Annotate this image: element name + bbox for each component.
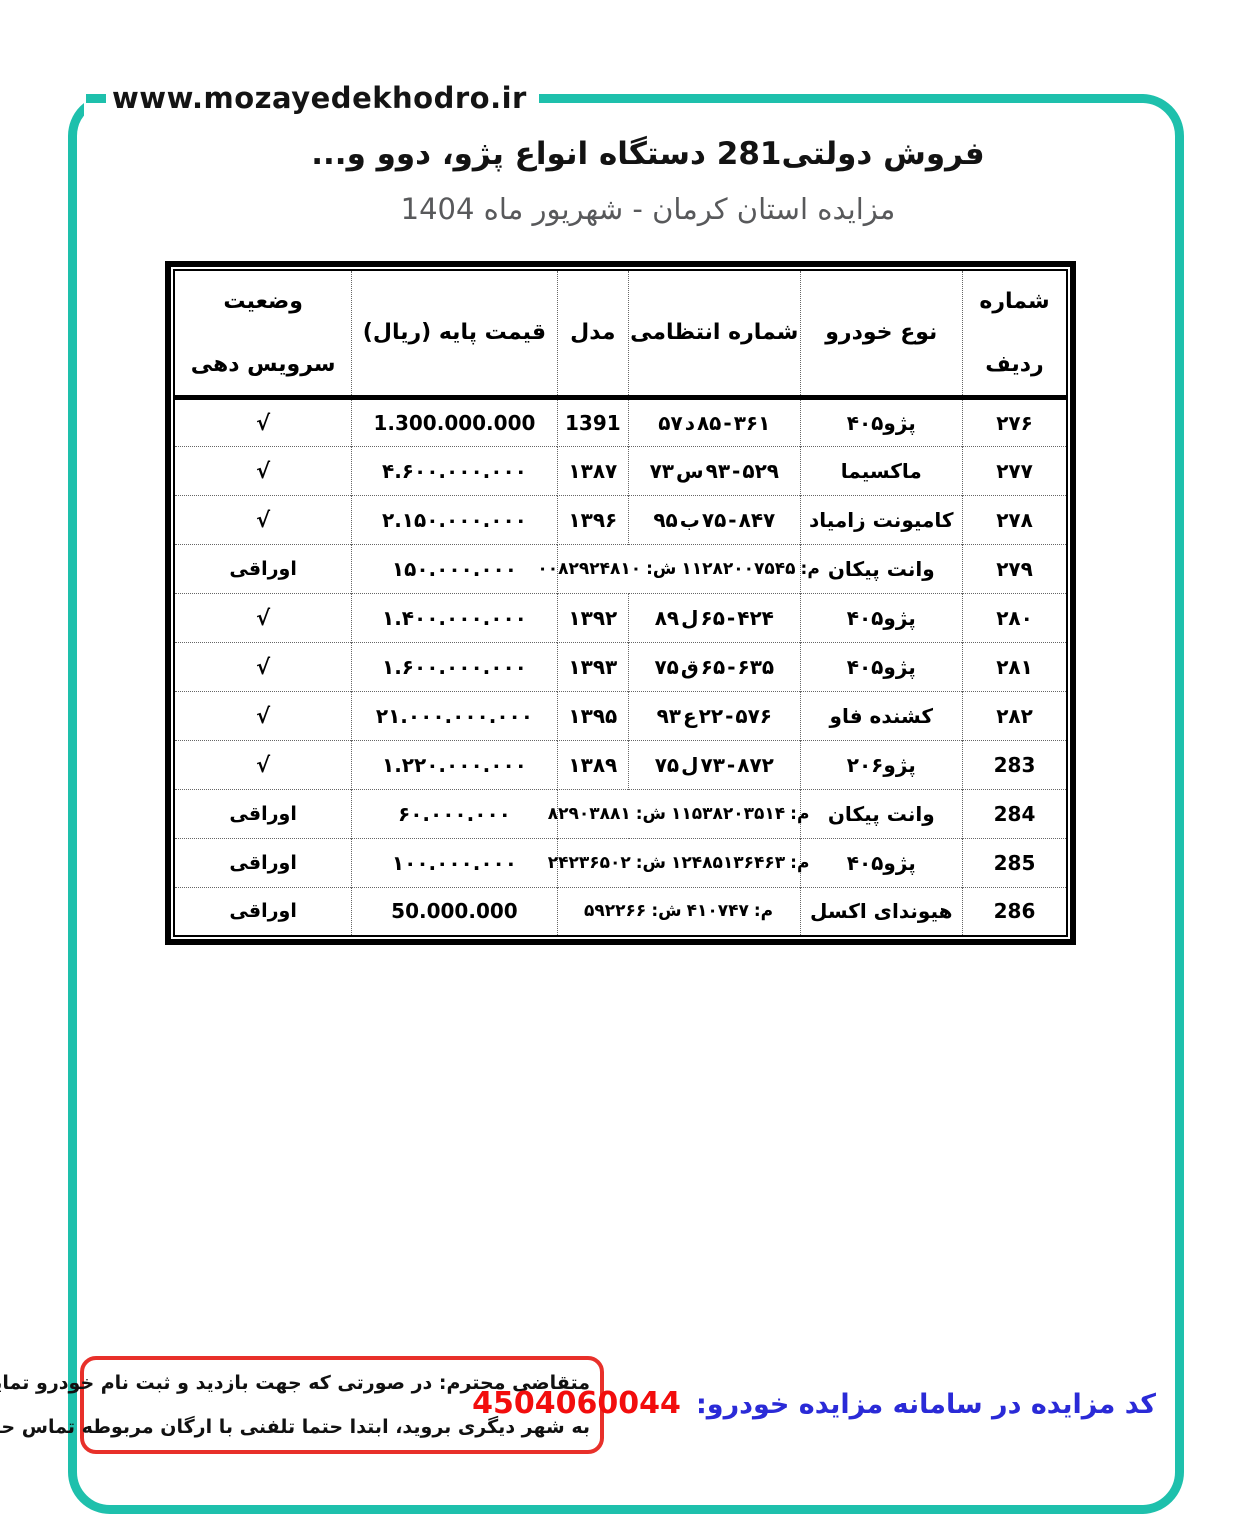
model-year: ۱۳۸۹ xyxy=(557,740,628,789)
column-header: شماره انتظامی xyxy=(629,270,800,397)
table-row: ۲۷۹وانت پیکانم:۱۱۲۸۲۰۰۷۵۴۵ش:۰۰۸۲۹۲۴۸۱۰۱۵… xyxy=(174,544,1067,593)
site-url-band: www.mozayedekhodro.ir xyxy=(84,76,539,120)
vehicle-type: وانت پیکان xyxy=(800,789,963,838)
base-price: ۱۵۰.۰۰۰.۰۰۰ xyxy=(352,544,557,593)
table-row: ۲۷۷ماکسیما۵۲۹-۹۳س۷۳۱۳۸۷۴.۶۰۰.۰۰۰.۰۰۰√ xyxy=(174,446,1067,495)
license-plate: ۵۷۶-۲۲ع۹۳ xyxy=(629,691,800,740)
license-plate: ۸۴۷-۷۵ب۹۵ xyxy=(629,495,800,544)
vehicle-type: کامیونت زامیاد xyxy=(800,495,963,544)
table-row: ۲۸۱پژو۴۰۵۶۳۵-۶۵ق۷۵۱۳۹۳۱.۶۰۰.۰۰۰.۰۰۰√ xyxy=(174,642,1067,691)
service-status: اوراقی xyxy=(174,887,352,936)
model-year: 1391 xyxy=(557,397,628,446)
column-header: وضعیتسرویس دهی xyxy=(174,270,352,397)
license-plate: ۳۶۱-۸۵د۵۷ xyxy=(629,397,800,446)
row-number: 286 xyxy=(963,887,1067,936)
row-number: 284 xyxy=(963,789,1067,838)
auction-code-label: کد مزایده در سامانه مزایده خودرو: xyxy=(696,1389,1156,1420)
border-dash xyxy=(86,94,106,103)
column-header: نوع خودرو xyxy=(800,270,963,397)
table-row: ۲۸۰پژو۴۰۵۴۲۴-۶۵ل۸۹۱۳۹۲۱.۴۰۰.۰۰۰.۰۰۰√ xyxy=(174,593,1067,642)
base-price: ۲۱.۰۰۰.۰۰۰.۰۰۰ xyxy=(352,691,557,740)
license-plate: ۶۳۵-۶۵ق۷۵ xyxy=(629,642,800,691)
vehicle-type: پژو۲۰۶ xyxy=(800,740,963,789)
table-row: 284وانت پیکانم:۱۱۵۳۸۲۰۳۵۱۴ش:۸۲۹۰۳۸۸۱۶۰.۰… xyxy=(174,789,1067,838)
model-year: ۱۳۹۵ xyxy=(557,691,628,740)
service-status: √ xyxy=(174,446,352,495)
row-number: ۲۷۷ xyxy=(963,446,1067,495)
model-year: ۱۳۸۷ xyxy=(557,446,628,495)
row-number: ۲۸۲ xyxy=(963,691,1067,740)
service-status: √ xyxy=(174,397,352,446)
table-row: ۲۸۲کشنده فاو۵۷۶-۲۲ع۹۳۱۳۹۵۲۱.۰۰۰.۰۰۰.۰۰۰√ xyxy=(174,691,1067,740)
auction-code-line: کد مزایده در سامانه مزایده خودرو: 450406… xyxy=(472,1386,1156,1421)
base-price: 50.000.000 xyxy=(352,887,557,936)
row-number: ۲۸۰ xyxy=(963,593,1067,642)
page-subtitle: مزایده استان کرمان - شهریور ماه 1404 xyxy=(28,192,1240,226)
vehicle-type: وانت پیکان xyxy=(800,544,963,593)
base-price: ۶۰.۰۰۰.۰۰۰ xyxy=(352,789,557,838)
base-price: ۲.۱۵۰.۰۰۰.۰۰۰ xyxy=(352,495,557,544)
auction-table-wrap: شمارهردیفنوع خودروشماره انتظامیمدلقیمت پ… xyxy=(165,261,1076,945)
license-plate: ۸۷۲-۷۳ل۷۵ xyxy=(629,740,800,789)
page: www.mozayedekhodro.ir فروش دولتی281 دستگ… xyxy=(0,0,1240,1537)
row-number: 283 xyxy=(963,740,1067,789)
base-price: ۱.۶۰۰.۰۰۰.۰۰۰ xyxy=(352,642,557,691)
vehicle-type: ماکسیما xyxy=(800,446,963,495)
service-status: √ xyxy=(174,740,352,789)
vehicle-type: پژو۴۰۵ xyxy=(800,397,963,446)
column-header: قیمت پایه (ریال) xyxy=(352,270,557,397)
base-price: ۱.۲۲۰.۰۰۰.۰۰۰ xyxy=(352,740,557,789)
row-number: ۲۸۱ xyxy=(963,642,1067,691)
table-row: ۲۷۶پژو۴۰۵۳۶۱-۸۵د۵۷13911.300.000.000√ xyxy=(174,397,1067,446)
table-body: ۲۷۶پژو۴۰۵۳۶۱-۸۵د۵۷13911.300.000.000√۲۷۷م… xyxy=(174,397,1067,936)
table-row: 283پژو۲۰۶۸۷۲-۷۳ل۷۵۱۳۸۹۱.۲۲۰.۰۰۰.۰۰۰√ xyxy=(174,740,1067,789)
page-title: فروش دولتی281 دستگاه انواع پژو، دوو و... xyxy=(28,136,1240,172)
license-plate: ۴۲۴-۶۵ل۸۹ xyxy=(629,593,800,642)
column-header: شمارهردیف xyxy=(963,270,1067,397)
site-url: www.mozayedekhodro.ir xyxy=(112,81,527,115)
vehicle-type: پژو۴۰۵ xyxy=(800,593,963,642)
vehicle-type: پژو۴۰۵ xyxy=(800,838,963,887)
service-status: اوراقی xyxy=(174,789,352,838)
service-status: √ xyxy=(174,495,352,544)
registration-numbers: م:۱۱۲۸۲۰۰۷۵۴۵ش:۰۰۸۲۹۲۴۸۱۰ xyxy=(557,544,800,593)
row-number: ۲۷۶ xyxy=(963,397,1067,446)
row-number: ۲۷۸ xyxy=(963,495,1067,544)
registration-numbers: م:۱۱۵۳۸۲۰۳۵۱۴ش:۸۲۹۰۳۸۸۱ xyxy=(557,789,800,838)
model-year: ۱۳۹۲ xyxy=(557,593,628,642)
column-header: مدل xyxy=(557,270,628,397)
table-header: شمارهردیفنوع خودروشماره انتظامیمدلقیمت پ… xyxy=(174,270,1067,397)
table-row: ۲۷۸کامیونت زامیاد۸۴۷-۷۵ب۹۵۱۳۹۶۲.۱۵۰.۰۰۰.… xyxy=(174,495,1067,544)
vehicle-type: کشنده فاو xyxy=(800,691,963,740)
service-status: اوراقی xyxy=(174,838,352,887)
service-status: √ xyxy=(174,691,352,740)
table-row: 286هیوندای اکسلم:۴۱۰۷۴۷ش:۵۹۲۲۶۶50.000.00… xyxy=(174,887,1067,936)
model-year: ۱۳۹۳ xyxy=(557,642,628,691)
table-row: 285پژو۴۰۵م:۱۲۴۸۵۱۳۶۴۶۳ش:۲۴۲۳۶۵۰۲۱۰۰.۰۰۰.… xyxy=(174,838,1067,887)
license-plate: ۵۲۹-۹۳س۷۳ xyxy=(629,446,800,495)
row-number: 285 xyxy=(963,838,1067,887)
model-year: ۱۳۹۶ xyxy=(557,495,628,544)
base-price: ۱۰۰.۰۰۰.۰۰۰ xyxy=(352,838,557,887)
vehicle-type: هیوندای اکسل xyxy=(800,887,963,936)
service-status: √ xyxy=(174,642,352,691)
base-price: ۱.۴۰۰.۰۰۰.۰۰۰ xyxy=(352,593,557,642)
vehicle-type: پژو۴۰۵ xyxy=(800,642,963,691)
registration-numbers: م:۴۱۰۷۴۷ش:۵۹۲۲۶۶ xyxy=(557,887,800,936)
service-status: اوراقی xyxy=(174,544,352,593)
base-price: 1.300.000.000 xyxy=(352,397,557,446)
auction-code-value: 4504060044 xyxy=(472,1386,691,1421)
registration-numbers: م:۱۲۴۸۵۱۳۶۴۶۳ش:۲۴۲۳۶۵۰۲ xyxy=(557,838,800,887)
row-number: ۲۷۹ xyxy=(963,544,1067,593)
auction-table: شمارهردیفنوع خودروشماره انتظامیمدلقیمت پ… xyxy=(173,269,1068,937)
service-status: √ xyxy=(174,593,352,642)
base-price: ۴.۶۰۰.۰۰۰.۰۰۰ xyxy=(352,446,557,495)
